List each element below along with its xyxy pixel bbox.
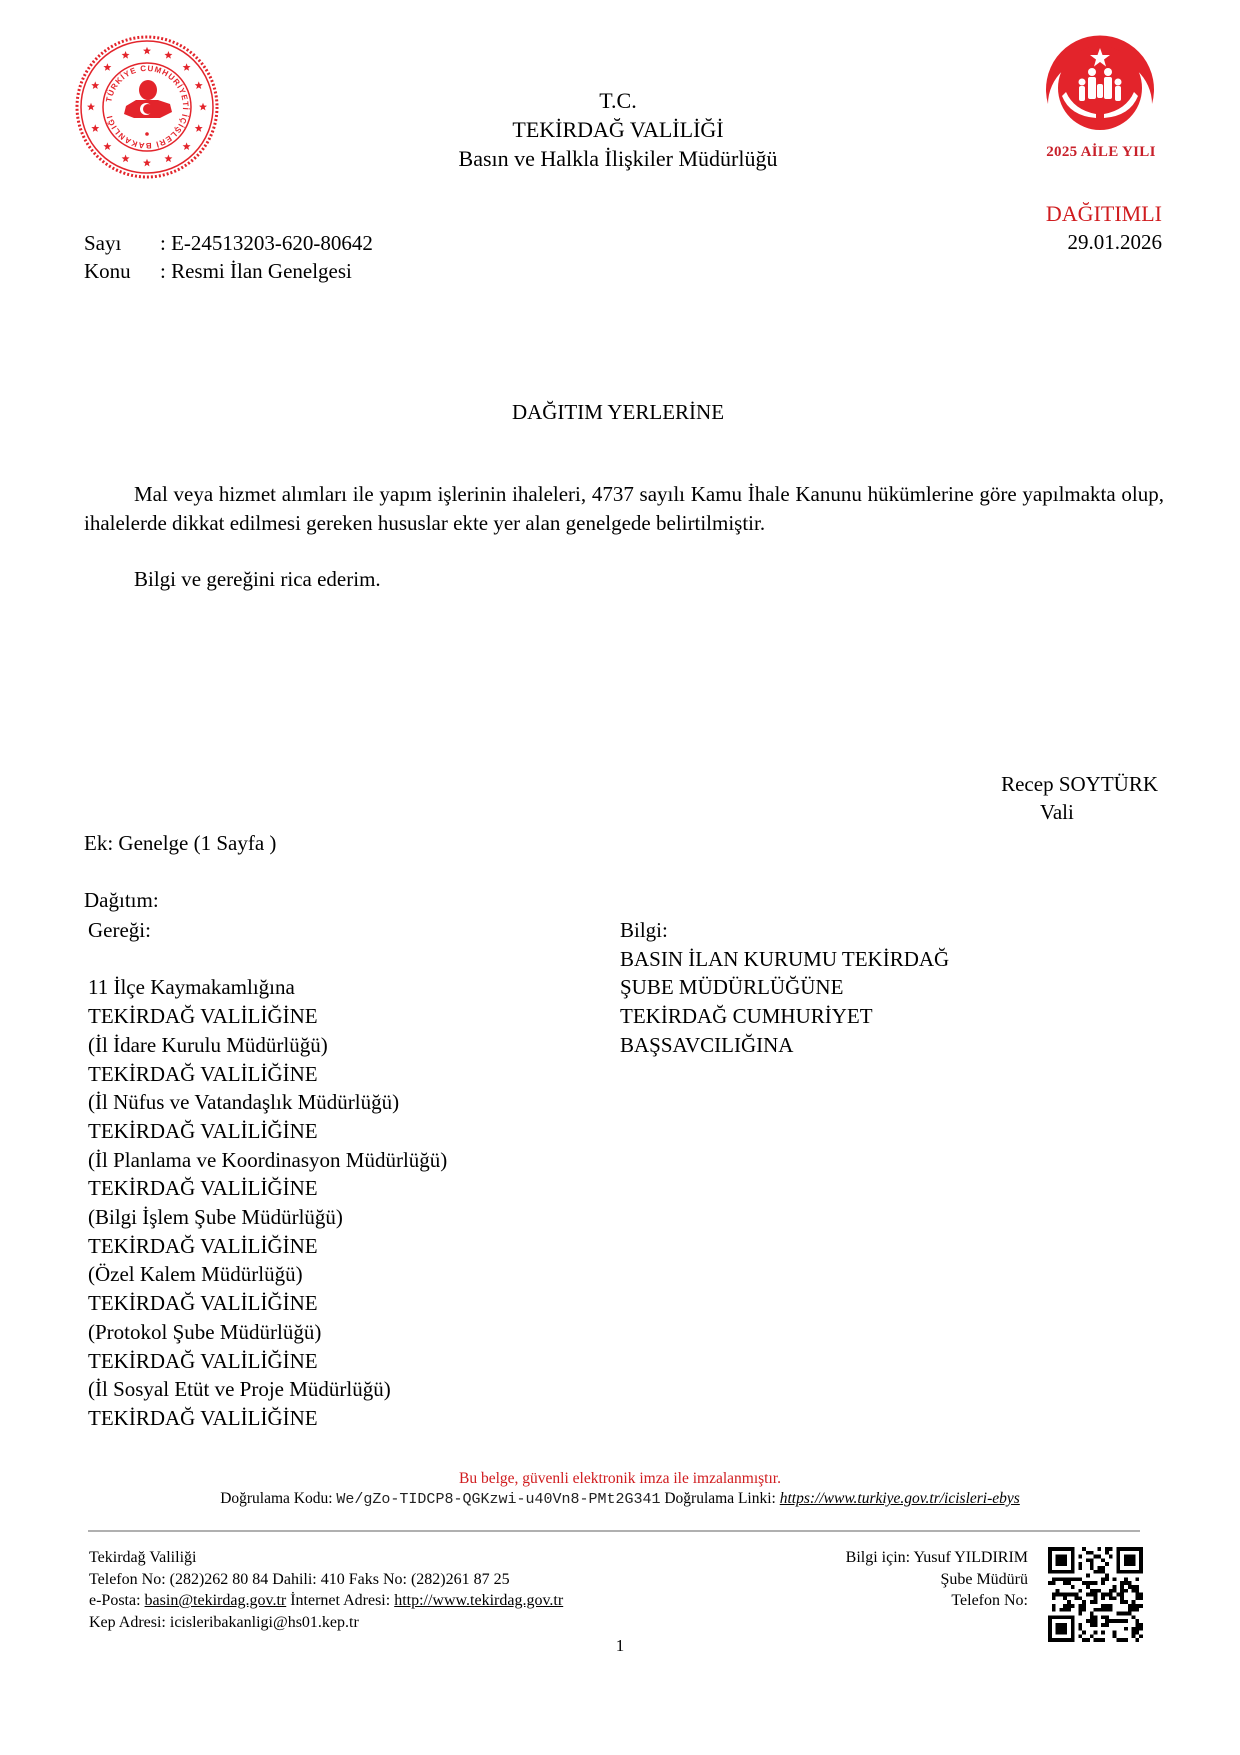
distribution-heading: Dağıtım: (84, 888, 159, 913)
attachment-note: Ek: Genelge (1 Sayfa ) (84, 831, 276, 856)
website-link[interactable]: http://www.tekirdag.gov.tr (394, 1592, 563, 1609)
distribution-info-list: Bilgi: BASIN İLAN KURUMU TEKİRDAĞŞUBE MÜ… (620, 916, 949, 1060)
contact-phone: Telefon No: (846, 1590, 1028, 1612)
distribution-action-item: TEKİRDAĞ VALİLİĞİNE (88, 1347, 447, 1376)
verify-link[interactable]: https://www.turkiye.gov.tr/icisleri-ebys (780, 1490, 1020, 1507)
qr-code-icon (1048, 1547, 1143, 1642)
body-paragraph-1: Mal veya hizmet alımları ile yapım işler… (84, 480, 1164, 538)
esign-notice: Bu belge, güvenli elektronik imza ile im… (0, 1470, 1240, 1488)
distribution-action-item: TEKİRDAĞ VALİLİĞİNE (88, 1174, 447, 1203)
info-label: Bilgi: (620, 916, 949, 945)
body-paragraph-2: Bilgi ve gereğini rica ederim. (84, 565, 1164, 594)
distribution-info-item: BAŞSAVCILIĞINA (620, 1031, 949, 1060)
document-date: 29.01.2026 (1068, 230, 1163, 255)
addressee-text: DAĞITIM YERLERİNE (512, 400, 724, 424)
email-label: e-Posta: (89, 1592, 141, 1609)
subject-row: Konu: Resmi İlan Genelgesi (84, 259, 352, 284)
signatory-name: Recep SOYTÜRK (1001, 772, 1158, 797)
distribution-action-item: TEKİRDAĞ VALİLİĞİNE (88, 1404, 447, 1433)
number-label: Sayı (84, 231, 160, 256)
footer-org: Tekirdağ Valiliği (89, 1547, 563, 1569)
header-tc: T.C. (0, 86, 1238, 115)
distribution-action-item: TEKİRDAĞ VALİLİĞİNE (88, 1232, 447, 1261)
distribution-action-item: (Bilgi İşlem Şube Müdürlüğü) (88, 1203, 447, 1232)
signatory-title: Vali (1040, 800, 1074, 825)
footer-phone: Telefon No: (282)262 80 84 Dahili: 410 F… (89, 1569, 563, 1591)
distribution-action-item: (İl İdare Kurulu Müdürlüğü) (88, 1031, 447, 1060)
contact-title: Şube Müdürü (846, 1569, 1028, 1591)
footer-info-contact: Bilgi için: Yusuf YILDIRIM Şube Müdürü T… (846, 1547, 1028, 1612)
footer-divider (88, 1530, 1140, 1532)
distribution-action-item: 11 İlçe Kaymakamlığına (88, 973, 447, 1002)
distribution-action-item: (Protokol Şube Müdürlüğü) (88, 1318, 447, 1347)
distribution-info-item: ŞUBE MÜDÜRLÜĞÜNE (620, 973, 949, 1002)
distribution-action-item: (Özel Kalem Müdürlüğü) (88, 1260, 447, 1289)
document-number-row: Sayı: E-24513203-620-80642 (84, 231, 373, 256)
distribution-action-item: (İl Nüfus ve Vatandaşlık Müdürlüğü) (88, 1088, 447, 1117)
web-label: İnternet Adresi: (290, 1592, 390, 1609)
distribution-action-item: TEKİRDAĞ VALİLİĞİNE (88, 1002, 447, 1031)
number-value: : E-24513203-620-80642 (160, 231, 373, 255)
distribution-action-item: (İl Planlama ve Koordinasyon Müdürlüğü) (88, 1146, 447, 1175)
distribution-info-item: TEKİRDAĞ CUMHURİYET (620, 1002, 949, 1031)
page-number: 1 (0, 1636, 1240, 1656)
distribution-info-item: BASIN İLAN KURUMU TEKİRDAĞ (620, 945, 949, 974)
letterhead: T.C. TEKİRDAĞ VALİLİĞİ Basın ve Halkla İ… (0, 86, 1240, 173)
verify-link-label: Doğrulama Linki: (664, 1490, 776, 1507)
action-label: Gereği: (88, 916, 447, 945)
distribution-flag: DAĞITIMLI (1046, 201, 1162, 227)
contact-person: Bilgi için: Yusuf YILDIRIM (846, 1547, 1028, 1569)
header-department: Basın ve Halkla İlişkiler Müdürlüğü (0, 144, 1238, 173)
distribution-action-item: TEKİRDAĞ VALİLİĞİNE (88, 1060, 447, 1089)
verify-code: We/gZo-TIDCP8-QGKzwi-u40Vn8-PMt2G341 (336, 1491, 660, 1508)
distribution-action-item: TEKİRDAĞ VALİLİĞİNE (88, 1289, 447, 1318)
header-governorship: TEKİRDAĞ VALİLİĞİ (0, 115, 1238, 144)
distribution-action-item: TEKİRDAĞ VALİLİĞİNE (88, 1117, 447, 1146)
verify-code-label: Doğrulama Kodu: (220, 1490, 332, 1507)
email-link[interactable]: basin@tekirdag.gov.tr (145, 1592, 287, 1609)
footer-email-web-row: e-Posta: basin@tekirdag.gov.tr İnternet … (89, 1590, 563, 1612)
footer-contact: Tekirdağ Valiliği Telefon No: (282)262 8… (89, 1547, 563, 1633)
verification-line: Doğrulama Kodu: We/gZo-TIDCP8-QGKzwi-u40… (0, 1490, 1240, 1508)
footer-kep: Kep Adresi: icisleribakanligi@hs01.kep.t… (89, 1612, 563, 1634)
distribution-action-list: Gereği: 11 İlçe KaymakamlığınaTEKİRDAĞ V… (88, 916, 447, 1433)
addressee: DAĞITIM YERLERİNE (0, 400, 1240, 425)
subject-label: Konu (84, 259, 160, 284)
subject-value: : Resmi İlan Genelgesi (160, 259, 352, 283)
distribution-action-item: (İl Sosyal Etüt ve Proje Müdürlüğü) (88, 1375, 447, 1404)
